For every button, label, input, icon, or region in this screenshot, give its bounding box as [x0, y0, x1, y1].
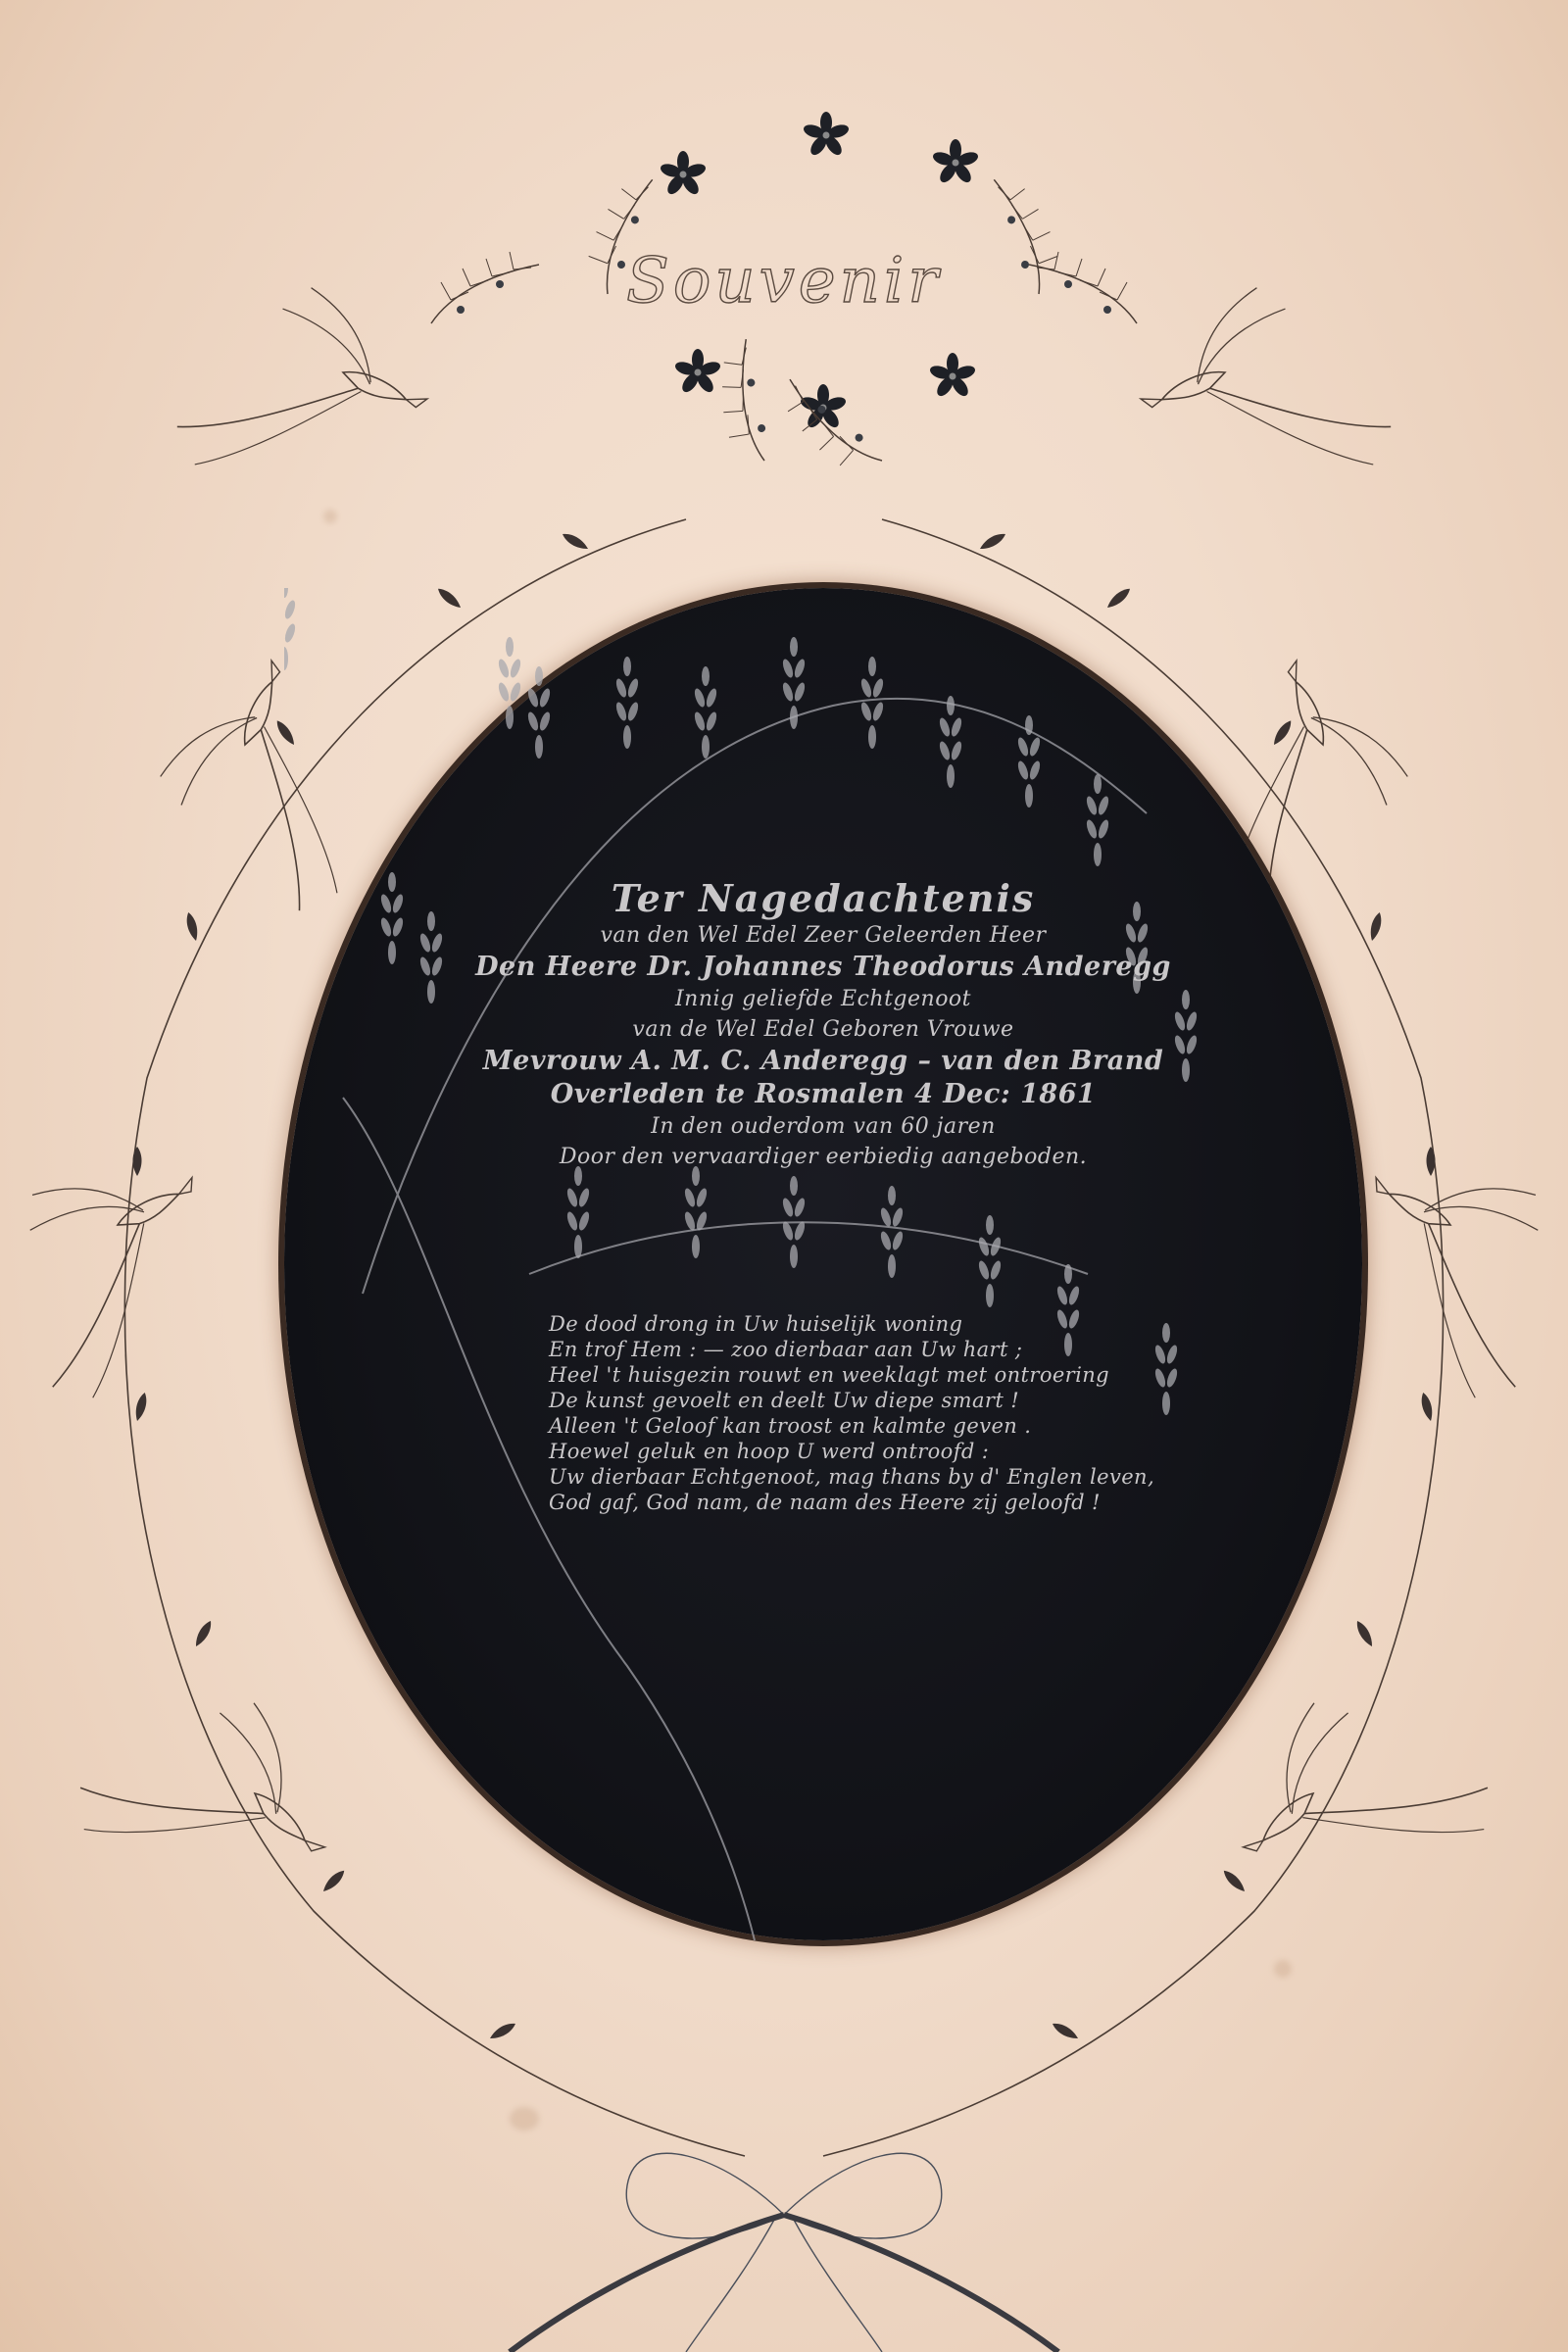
dedication-line: van den Wel Edel Zeer Geleerden Heer — [284, 920, 1362, 951]
dedication-line: Door den vervaardiger eerbiedig aangebod… — [284, 1142, 1362, 1172]
poem-line: God gaf, God nam, de naam des Heere zij … — [549, 1490, 1254, 1515]
poem-line: De kunst gevoelt en deelt Uw diepe smart… — [549, 1388, 1254, 1413]
poem-text: De dood drong in Uw huiselijk woning En … — [549, 1311, 1254, 1515]
crossed-branches — [510, 2215, 1058, 2352]
willow-motif — [284, 588, 1362, 1940]
dedication-line: Innig geliefde Echtgenoot — [284, 984, 1362, 1014]
ribbon-bow — [626, 2153, 942, 2352]
title-souvenir: Souvenir — [0, 245, 1568, 318]
dedication-heading: Ter Nagedachtenis — [284, 877, 1362, 920]
poem-line: Alleen 't Geloof kan troost en kalmte ge… — [549, 1413, 1254, 1439]
poem-line: Hoewel geluk en hoop U werd ontroofd : — [549, 1439, 1254, 1464]
dedication-line: Den Heere Dr. Johannes Theodorus Andereg… — [284, 951, 1362, 984]
dedication-line: In den ouderdom van 60 jaren — [284, 1111, 1362, 1142]
dedication-line: Mevrouw A. M. C. Anderegg – van den Bran… — [284, 1045, 1362, 1078]
poem-line: De dood drong in Uw huiselijk woning — [549, 1311, 1254, 1337]
dedication-text: Ter Nagedachtenis van den Wel Edel Zeer … — [284, 877, 1362, 1172]
dedication-line: Overleden te Rosmalen 4 Dec: 1861 — [284, 1078, 1362, 1111]
poem-line: Uw dierbaar Echtgenoot, mag thans by d' … — [549, 1464, 1254, 1490]
dedication-line: van de Wel Edel Geboren Vrouwe — [284, 1014, 1362, 1045]
poem-line: En trof Hem : — zoo dierbaar aan Uw hart… — [549, 1337, 1254, 1362]
poem-line: Heel 't huisgezin rouwt en weeklagt met … — [549, 1362, 1254, 1388]
memorial-oval — [284, 588, 1362, 1940]
